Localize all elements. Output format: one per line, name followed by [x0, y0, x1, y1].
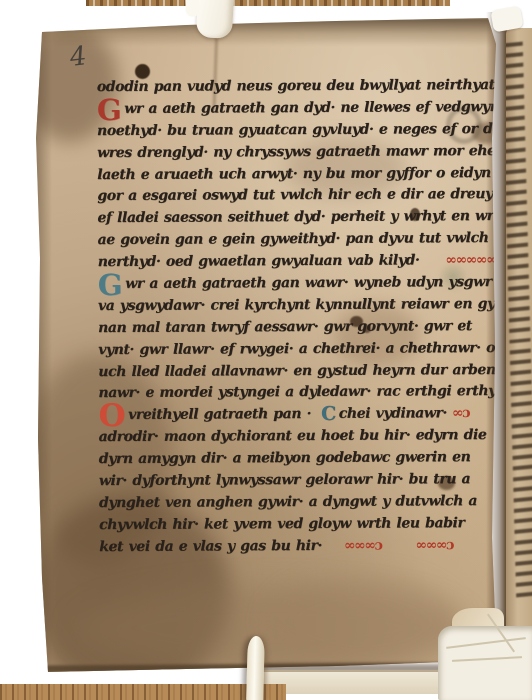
manuscript-text: ket vei da e vlas y gas bu hir· [99, 538, 322, 555]
manuscript-text: chei vydinawr· [339, 406, 447, 423]
paper-crinkle-line [446, 637, 526, 649]
table-wood-top-edge [86, 0, 450, 6]
manuscript-text: va ysgwydawr· crei kyrchynt kynnullynt r… [98, 296, 505, 314]
page-left-edge-shading [36, 18, 52, 674]
line-spacing [419, 263, 445, 264]
manuscript-line: nawr· e mordei ystyngei a dyledawr· rac … [98, 381, 498, 405]
manuscript-line: noethyd· bu truan gyuatcan gyvluyd· e ne… [97, 119, 497, 143]
manuscript-text: vreithyell gatraeth pan · [128, 406, 311, 423]
manuscript-line: ef lladei saesson seithuet dyd· perheit … [97, 206, 497, 230]
manuscript-text: gor a esgarei oswyd tut vwlch hir ech e … [97, 186, 506, 204]
manuscript-line: ododin pan vudyd neus goreu deu bwyllyat… [97, 75, 497, 99]
manuscript-line: ket vei da e vlas y gas bu hir·∞∞∞ɔ∞∞∞ɔ [99, 535, 499, 559]
line-spacing [382, 548, 416, 549]
manuscript-line: adrodir· maon dychiorant eu hoet bu hir·… [99, 425, 499, 449]
manuscript-line: wres drenglyd· ny chryssyws gatraeth maw… [97, 141, 497, 165]
manuscript-text: uch lled lladei allavnawr· en gystud hey… [98, 362, 495, 380]
manuscript-line: nerthyd· oed gwaetlan gwyaluan vab kilyd… [98, 250, 498, 274]
manuscript-line: ae govein gan e gein gyweithyd· pan dyvu… [98, 228, 498, 252]
line-spacing [311, 417, 321, 418]
manuscript-line: Ovreithyell gatraeth pan ·Cchei vydinawr… [98, 403, 498, 427]
manuscript-line: gor a esgarei oswyd tut vwlch hir ech e … [97, 184, 497, 208]
manuscript-text: vynt· gwr llawr· ef rwygei· a chethrei· … [98, 340, 504, 358]
parchment-stain [268, 574, 458, 670]
manuscript-text: dynghet ven anghen gywir· a dyngwt y dut… [99, 493, 477, 511]
table-wood [0, 684, 286, 700]
manuscript-line: Gwr a aeth gatraeth gan wawr· wyneb udyn… [98, 272, 498, 296]
manuscript-line: dynghet ven anghen gywir· a dyngwt y dut… [99, 491, 499, 515]
manuscript-line: wir· dyforthynt lynwyssawr gelorawr hir·… [99, 469, 499, 493]
manuscript-line: nan mal taran twryf aessawr· gwr gorvynt… [98, 316, 498, 340]
line-filler-ornament: ∞∞∞ɔ [415, 537, 453, 553]
manuscript-line: vynt· gwr llawr· ef rwygei· a chethrei· … [98, 338, 498, 362]
manuscript-photo-scene: 4 ododin pan vudyd neus goreu deu bwylly… [0, 0, 532, 700]
manuscript-text: wir· dyforthynt lynwyssawr gelorawr hir·… [99, 471, 470, 489]
line-filler-ornament: ∞ɔ [452, 405, 469, 421]
crumpled-pages-bottom-right [438, 626, 532, 700]
bone-folder [246, 636, 265, 700]
manuscript-line: Gwr a aeth gatraeth gan dyd· ne llewes e… [97, 97, 497, 121]
manuscript-text: nawr· e mordei ystyngei a dyledawr· rac … [98, 383, 496, 401]
manuscript-line: chyvwlch hir· ket yvem ved gloyw wrth le… [99, 513, 499, 537]
manuscript-text: ae govein gan e gein gyweithyd· pan dyvu… [98, 230, 520, 248]
manuscript-text: wr a aeth gatraeth gan dyd· ne llewes ef… [124, 99, 526, 117]
manuscript-text: chyvwlch hir· ket yvem ved gloyw wrth le… [99, 515, 464, 533]
adjacent-leaf-text-lines [506, 42, 532, 603]
manuscript-line: dyrn amygyn dir· a meibyon godebawc gwer… [99, 447, 499, 471]
adjacent-leaf-fore-edge [506, 28, 532, 644]
manuscript-text-block: ododin pan vudyd neus goreu deu bwyllyat… [97, 75, 500, 559]
manuscript-text: adrodir· maon dychiorant eu hoet bu hir·… [99, 427, 487, 445]
manuscript-text: dyrn amygyn dir· a meibyon godebawc gwer… [99, 449, 471, 467]
line-filler-ornament: ∞∞∞ɔ [344, 537, 382, 553]
manuscript-line: uch lled lladei allavnawr· en gystud hey… [98, 360, 498, 384]
manuscript-text: wr a aeth gatraeth gan wawr· wyneb udyn … [125, 274, 492, 292]
manuscript-text: ododin pan vudyd neus goreu deu bwyllyat… [97, 77, 532, 95]
manuscript-line: laeth e aruaeth uch arwyt· ny bu mor gyf… [97, 163, 497, 187]
manuscript-text: ef lladei saesson seithuet dyd· perheit … [97, 208, 510, 226]
manuscript-text: wres drenglyd· ny chryssyws gatraeth maw… [97, 143, 496, 161]
paper-crinkle-line [452, 656, 522, 662]
folio-number: 4 [68, 41, 88, 73]
manuscript-page: 4 ododin pan vudyd neus goreu deu bwylly… [36, 18, 498, 674]
page-top-edge-shading [36, 18, 498, 46]
bone-folder-tip-top [196, 0, 234, 39]
manuscript-text: nerthyd· oed gwaetlan gwyaluan vab kilyd… [98, 252, 420, 270]
manuscript-text: laeth e aruaeth uch arwyt· ny bu mor gyf… [97, 164, 511, 182]
line-spacing [322, 548, 344, 549]
manuscript-line: va ysgwydawr· crei kyrchynt kynnullynt r… [98, 294, 498, 318]
manuscript-text: nan mal taran twryf aessawr· gwr gorvynt… [98, 318, 472, 336]
manuscript-text: noethyd· bu truan gyuatcan gyvluyd· e ne… [97, 121, 526, 139]
